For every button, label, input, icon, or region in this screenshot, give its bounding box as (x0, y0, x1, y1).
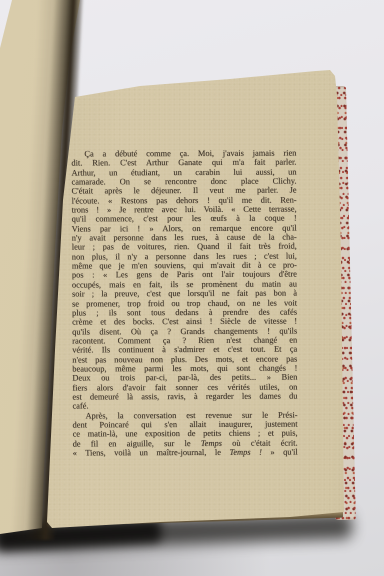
text-line: est demeuré là assis, ravis, à regarder … (72, 391, 297, 401)
text-line: « Tiens, voilà un maître-journal, le Tem… (73, 448, 298, 458)
book-photo: Ça a débuté comme ça. Moi, j'avais jamai… (0, 0, 384, 576)
page-text: Ça a débuté comme ça. Moi, j'avais jamai… (71, 149, 297, 458)
photo-canvas: { "scene": { "subject": "open-book-photo… (0, 0, 384, 576)
